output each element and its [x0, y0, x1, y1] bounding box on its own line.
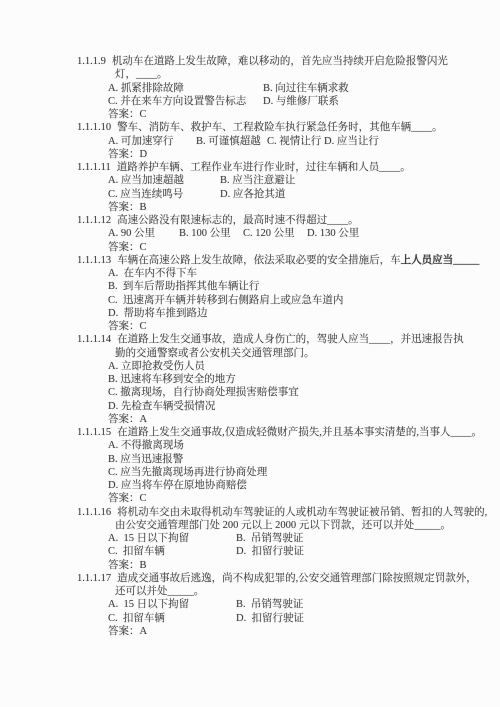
option-b: B. 应当迅速报警 — [108, 453, 183, 466]
options-row: A. 在车内不得下车 — [108, 267, 500, 280]
answer-value: B — [140, 560, 147, 571]
options-row: D. 应当将车停在原地协商赔偿 — [108, 479, 500, 492]
option-c: C. 扣留车辆 — [108, 545, 236, 558]
options-row: C. 应当先撤离现场再进行协商处理 — [108, 466, 500, 479]
option-d: D. 应各抢其道 — [220, 188, 285, 201]
answer-line: 答案：C — [108, 320, 500, 333]
question-number: 1.1.1.9 — [77, 56, 106, 67]
answer-label: 答案： — [108, 242, 140, 253]
answer-label: 答案： — [108, 202, 140, 213]
answer-line: 答案：B — [108, 201, 500, 214]
answer-value: A — [140, 414, 148, 425]
option-a: A. 不得撤离现场 — [108, 439, 184, 452]
question-stem: 1.1.1.15在道路上发生交通事故,仅造成轻微财产损失,并且基本事实清楚的,当… — [77, 426, 500, 439]
option-a: A. 抓紧排除故障 — [108, 82, 263, 95]
options-row: A. 15 日以下拘留B. 吊销驾驶证 — [108, 532, 500, 545]
options-row: C. 应当连续鸣号D. 应各抢其道 — [108, 188, 500, 201]
options-row: A. 可加速穿行B. 可谨慎超越C. 视情让行D. 应当让行 — [108, 135, 500, 148]
option-c: C. 120 公里 — [243, 227, 307, 240]
stem-text: 机动车在道路上发生故障，难以移动的，首先应当持续开启危险报警闪光 — [112, 56, 448, 67]
option-c: C. 并在来车方向设置警告标志 — [108, 95, 263, 108]
answer-value: C — [140, 321, 147, 332]
options-row: A. 15 日以下拘留B. 吊销驾驶证 — [108, 598, 500, 611]
options-row: B. 应当迅速报警 — [108, 453, 500, 466]
stem-continuation: 灯，____。 — [115, 68, 500, 81]
answer-label: 答案： — [108, 626, 140, 637]
option-a: A. 应当加速超越 — [108, 174, 220, 187]
question-stem: 1.1.1.11道路养护车辆、工程作业车进行作业时，过往车辆和人员____。 — [77, 161, 500, 174]
answer-label: 答案： — [108, 560, 140, 571]
option-d: D. 应当让行 — [324, 135, 379, 148]
answer-line: 答案：B — [108, 559, 500, 572]
stem-text: 道路养护车辆、工程作业车进行作业时，过往车辆和人员____。 — [117, 162, 411, 173]
option-b: B. 吊销驾驶证 — [236, 532, 303, 545]
stem-text: 高速公路没有限速标志的，最高时速不得超过____。 — [117, 215, 359, 226]
answer-label: 答案： — [108, 321, 140, 332]
question-block: 1.1.1.14在道路上发生交通事故，造成人身伤亡的，驾驶人应当____，并迅速… — [77, 333, 500, 426]
stem-text: 车辆在高速公路上发生故障，依法采取必要的安全措施后，车 — [117, 255, 401, 266]
question-number: 1.1.1.15 — [77, 427, 111, 438]
options-row: D. 先检查车辆受损情况 — [108, 400, 500, 413]
answer-label: 答案： — [108, 493, 140, 504]
option-b: B. 应当注意避让 — [220, 174, 295, 187]
option-b: B. 向过往车辆求救 — [263, 82, 349, 95]
answer-line: 答案：C — [108, 241, 500, 254]
stem-bold-text: 上人员应当_____ — [401, 255, 480, 266]
option-d: D. 扣留行驶证 — [236, 612, 304, 625]
question-number: 1.1.1.17 — [77, 573, 111, 584]
options-row: C. 迅速离开车辆并转移到右侧路肩上或应急车道内 — [108, 294, 500, 307]
answer-value: C — [140, 493, 147, 504]
option-c: C. 撤离现场，自行协商处理损害赔偿事宜 — [108, 386, 299, 399]
stem-text: 造成交通事故后逃逸，尚不构成犯罪的,公安交通管理部门除按照规定罚款外， — [117, 573, 477, 584]
question-stem: 1.1.1.10警车、消防车、救护车、工程救险车执行紧急任务时，其他车辆____… — [77, 121, 500, 134]
answer-value: B — [140, 202, 147, 213]
options-row: C. 并在来车方向设置警告标志D. 与维修厂联系 — [108, 95, 500, 108]
answer-label: 答案： — [108, 414, 140, 425]
question-stem: 1.1.1.14在道路上发生交通事故，造成人身伤亡的，驾驶人应当____，并迅速… — [77, 333, 500, 346]
option-d: D. 130 公里 — [307, 227, 359, 240]
question-stem: 1.1.1.16将机动车交由未取得机动车驾驶证的人或机动车驾驶证被吊销、暂扣的人… — [77, 506, 500, 519]
option-c: C. 视情让行 — [267, 135, 324, 148]
answer-value: A — [140, 626, 148, 637]
option-b: B. 吊销驾驶证 — [236, 598, 303, 611]
options-row: A. 立即抢救受伤人员 — [108, 360, 500, 373]
answer-value: D — [140, 149, 148, 160]
options-row: B. 到车后帮助指挥其他车辆让行 — [108, 280, 500, 293]
question-stem: 1.1.1.9机动车在道路上发生故障，难以移动的，首先应当持续开启危险报警闪光 — [77, 55, 500, 68]
question-block: 1.1.1.16将机动车交由未取得机动车驾驶证的人或机动车驾驶证被吊销、暂扣的人… — [77, 506, 500, 572]
stem-text: 警车、消防车、救护车、工程救险车执行紧急任务时，其他车辆____。 — [117, 122, 443, 133]
answer-label: 答案： — [108, 149, 140, 160]
question-block: 1.1.1.9机动车在道路上发生故障，难以移动的，首先应当持续开启危险报警闪光 … — [77, 55, 500, 121]
options-row: A. 应当加速超越B. 应当注意避让 — [108, 174, 500, 187]
answer-value: C — [140, 242, 147, 253]
option-b: B. 到车后帮助指挥其他车辆让行 — [108, 280, 259, 293]
question-stem: 1.1.1.17造成交通事故后逃逸，尚不构成犯罪的,公安交通管理部门除按照规定罚… — [77, 572, 500, 585]
stem-continuation: 由公安交通管理部门处 200 元以上 2000 元以下罚款，还可以并处_____… — [115, 519, 500, 532]
question-block: 1.1.1.17造成交通事故后逃逸，尚不构成犯罪的,公安交通管理部门除按照规定罚… — [77, 572, 500, 638]
option-c: C. 迅速离开车辆并转移到右侧路肩上或应急车道内 — [108, 294, 343, 307]
document-page: 1.1.1.9机动车在道路上发生故障，难以移动的，首先应当持续开启危险报警闪光 … — [0, 0, 500, 638]
question-block: 1.1.1.13车辆在高速公路上发生故障，依法采取必要的安全措施后，车上人员应当… — [77, 254, 500, 334]
option-d: D. 先检查车辆受损情况 — [108, 400, 215, 413]
question-number: 1.1.1.12 — [77, 215, 111, 226]
question-number: 1.1.1.14 — [77, 334, 111, 345]
question-block: 1.1.1.15在道路上发生交通事故,仅造成轻微财产损失,并且基本事实清楚的,当… — [77, 426, 500, 506]
options-row: A. 不得撤离现场 — [108, 439, 500, 452]
options-row: C. 撤离现场，自行协商处理损害赔偿事宜 — [108, 386, 500, 399]
stem-text: 在道路上发生交通事故，造成人身伤亡的，驾驶人应当____，并迅速报告执 — [117, 334, 464, 345]
options-row: A. 抓紧排除故障B. 向过往车辆求救 — [108, 82, 500, 95]
answer-line: 答案：A — [108, 625, 500, 638]
option-a: A. 在车内不得下车 — [108, 267, 197, 280]
stem-continuation: 还可以并处_____。 — [115, 585, 500, 598]
question-number: 1.1.1.16 — [77, 507, 111, 518]
option-c: C. 扣留车辆 — [108, 612, 236, 625]
question-number: 1.1.1.11 — [77, 162, 111, 173]
options-row: C. 扣留车辆D. 扣留行驶证 — [108, 545, 500, 558]
question-stem: 1.1.1.12高速公路没有限速标志的，最高时速不得超过____。 — [77, 214, 500, 227]
option-b: B. 可谨慎超越 — [196, 135, 267, 148]
option-c: C. 应当连续鸣号 — [108, 188, 220, 201]
option-d: D. 扣留行驶证 — [236, 545, 304, 558]
stem-continuation: 勤的交通警察或者公安机关交通管理部门。 — [115, 347, 500, 360]
stem-text: 在道路上发生交通事故,仅造成轻微财产损失,并且基本事实清楚的,当事人____。 — [117, 427, 482, 438]
options-row: A. 90 公里B. 100 公里C. 120 公里D. 130 公里 — [108, 227, 500, 240]
option-d: D. 与维修厂联系 — [263, 95, 339, 108]
option-a: A. 可加速穿行 — [108, 135, 196, 148]
answer-line: 答案：C — [108, 108, 500, 121]
options-row: C. 扣留车辆D. 扣留行驶证 — [108, 612, 500, 625]
question-block: 1.1.1.11道路养护车辆、工程作业车进行作业时，过往车辆和人员____。 A… — [77, 161, 500, 214]
question-block: 1.1.1.12高速公路没有限速标志的，最高时速不得超过____。 A. 90 … — [77, 214, 500, 254]
answer-line: 答案：C — [108, 492, 500, 505]
answer-line: 答案：A — [108, 413, 500, 426]
option-a: A. 15 日以下拘留 — [108, 598, 236, 611]
option-b: B. 迅速将车移到安全的地方 — [108, 373, 236, 386]
question-number: 1.1.1.13 — [77, 255, 111, 266]
option-a: A. 15 日以下拘留 — [108, 532, 236, 545]
stem-text: 将机动车交由未取得机动车驾驶证的人或机动车驾驶证被吊销、暂扣的人驾驶的, — [117, 507, 487, 518]
question-stem: 1.1.1.13车辆在高速公路上发生故障，依法采取必要的安全措施后，车上人员应当… — [77, 254, 500, 267]
options-row: D. 帮助将车推到路边 — [108, 307, 500, 320]
option-a: A. 90 公里 — [108, 227, 179, 240]
option-d: D. 应当将车停在原地协商赔偿 — [108, 479, 247, 492]
options-row: B. 迅速将车移到安全的地方 — [108, 373, 500, 386]
answer-value: C — [140, 109, 147, 120]
question-block: 1.1.1.10警车、消防车、救护车、工程救险车执行紧急任务时，其他车辆____… — [77, 121, 500, 161]
option-d: D. 帮助将车推到路边 — [108, 307, 207, 320]
option-c: C. 应当先撤离现场再进行协商处理 — [108, 466, 267, 479]
answer-label: 答案： — [108, 109, 140, 120]
option-b: B. 100 公里 — [179, 227, 243, 240]
answer-line: 答案：D — [108, 148, 500, 161]
option-a: A. 立即抢救受伤人员 — [108, 360, 205, 373]
question-number: 1.1.1.10 — [77, 122, 111, 133]
